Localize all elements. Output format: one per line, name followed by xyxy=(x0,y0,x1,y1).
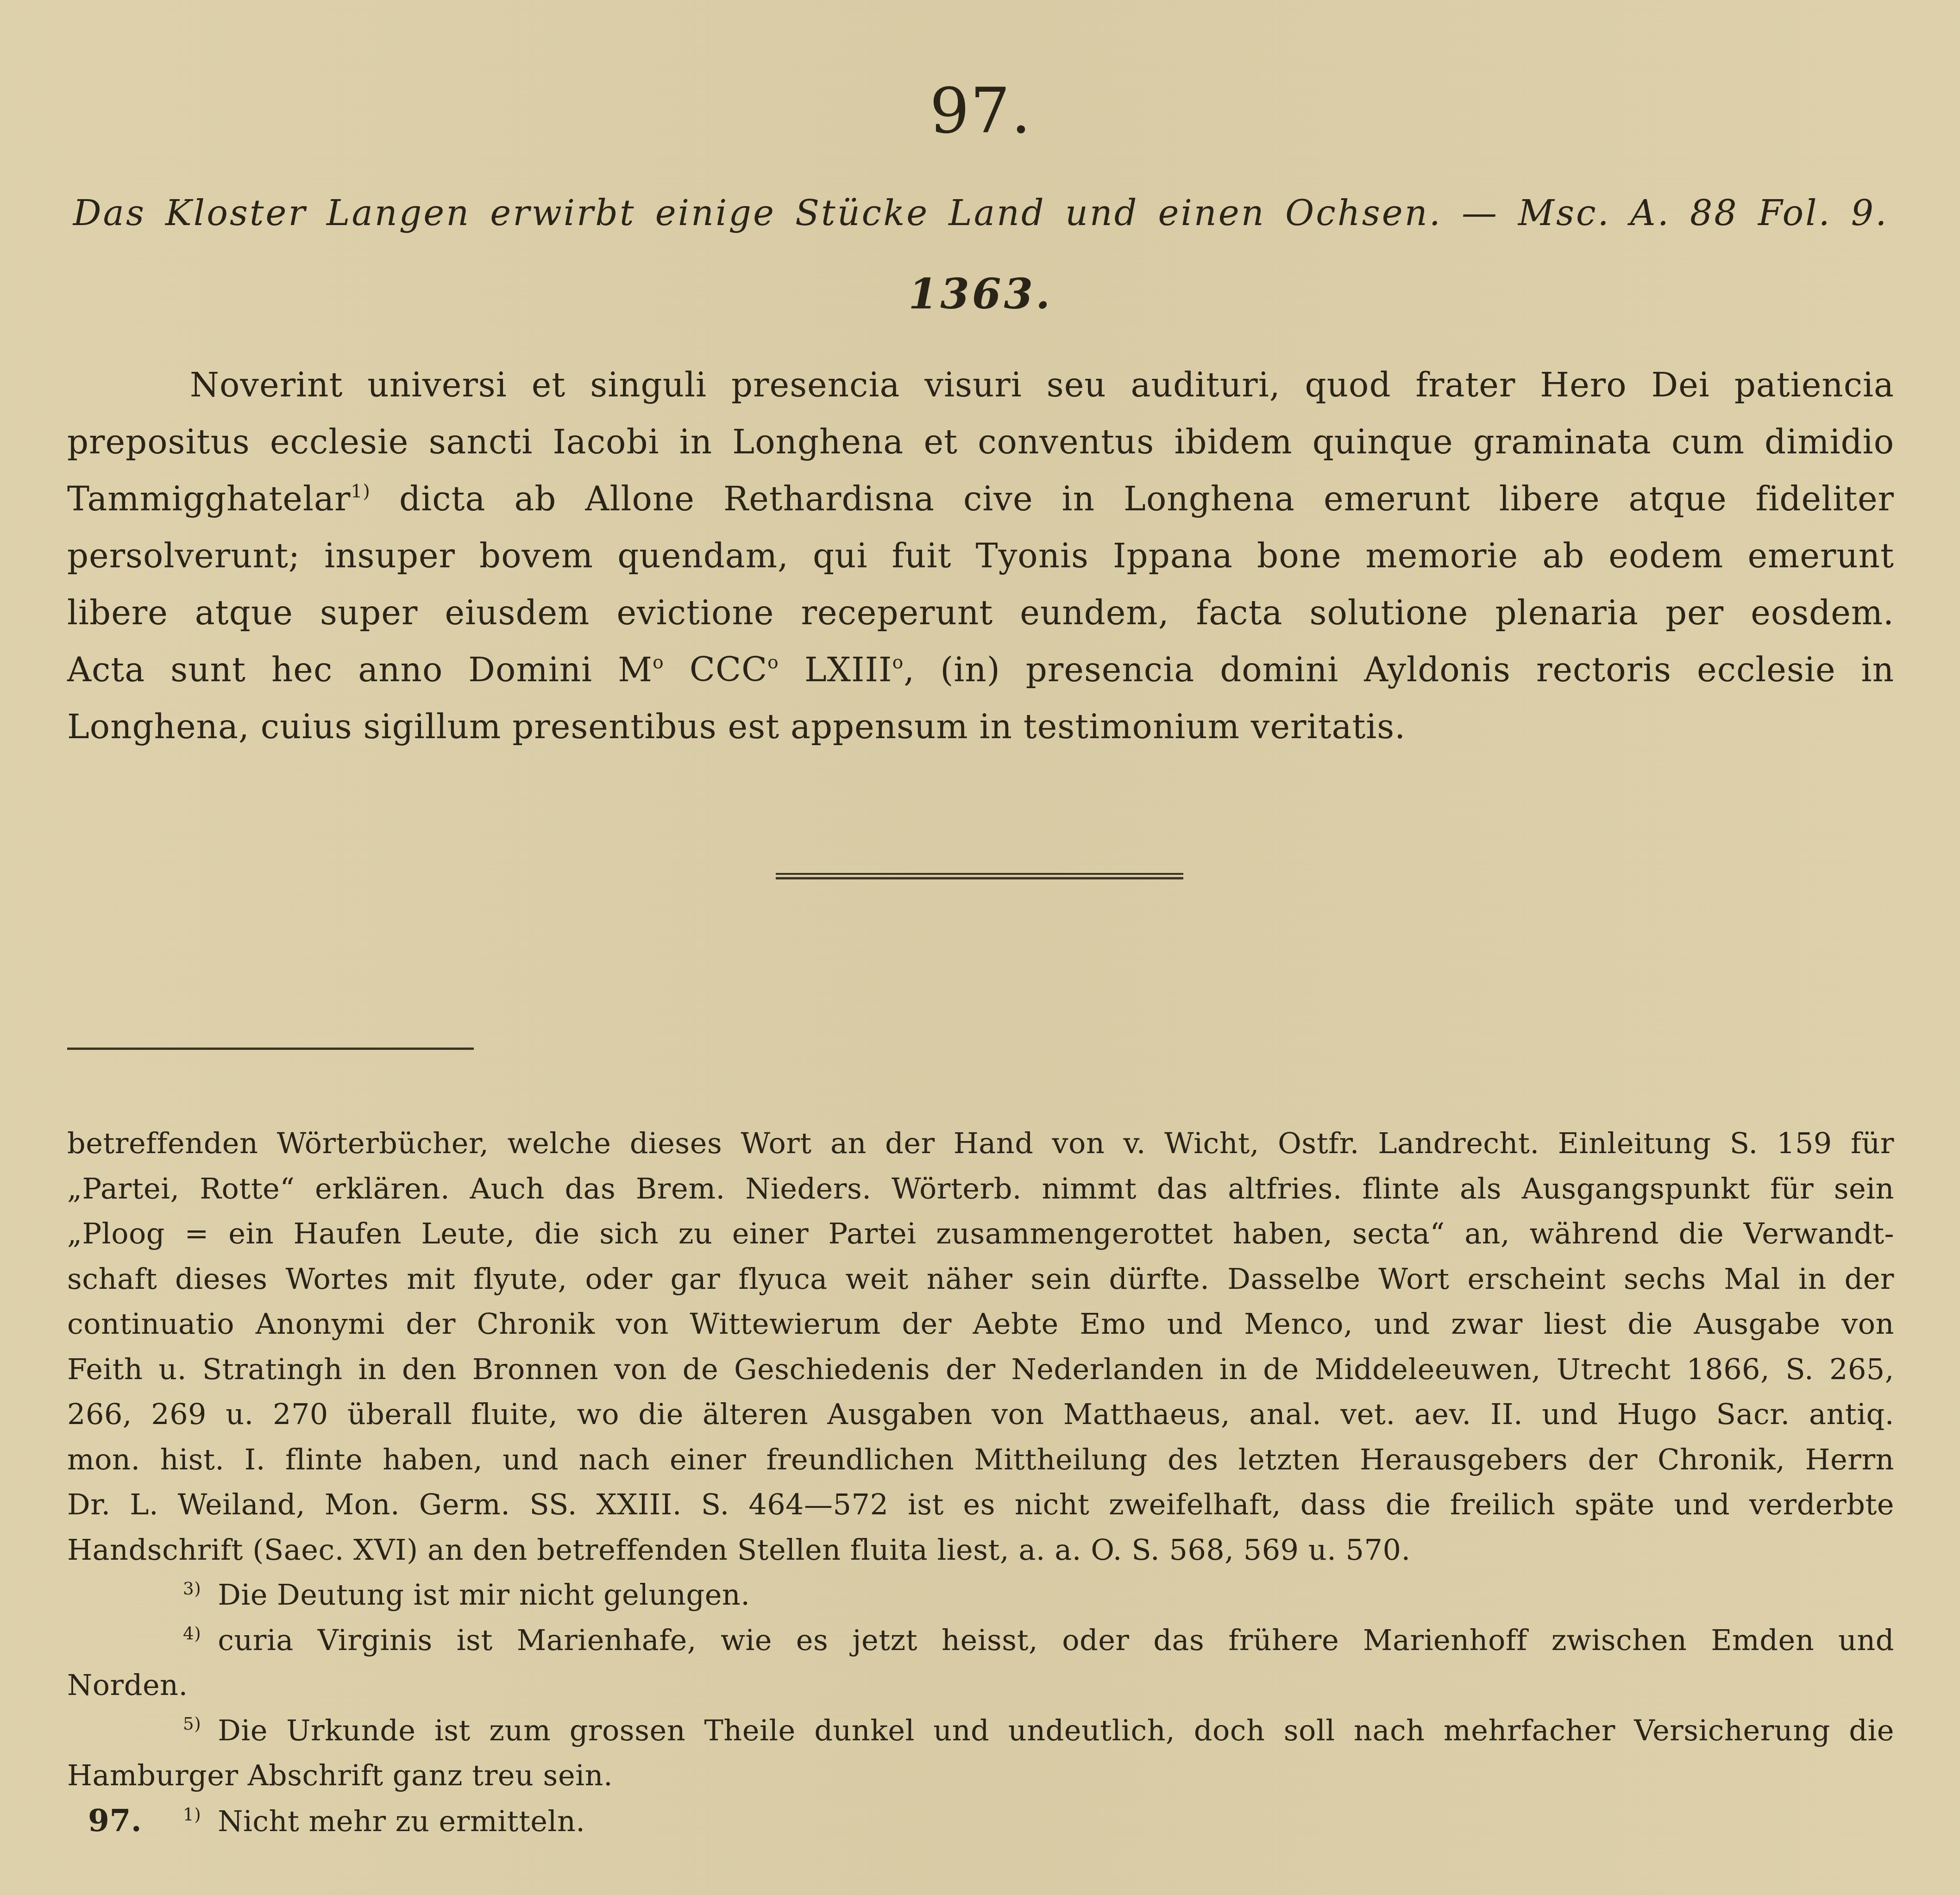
ordinal-mark: o xyxy=(767,652,779,673)
ordinal-mark: o xyxy=(653,652,664,673)
document-body: Noverint universi et singuli presencia v… xyxy=(67,357,1894,755)
body-text-fragment: dicta ab Allone Rethardisna cive in Long… xyxy=(399,479,1894,518)
body-line: Noverint universi et singuli presencia v… xyxy=(67,357,1894,414)
body-word: Tammigghatelar xyxy=(67,479,351,518)
footnote-line: Handschrift (Saec. XVI) an den betreffen… xyxy=(67,1527,1894,1573)
ordinal-mark: o xyxy=(892,652,904,673)
footnote-line: 266, 269 u. 270 überall fluite, wo die ä… xyxy=(67,1392,1894,1437)
footnote-line: „Partei, Rotte“ erklären. Auch das Brem.… xyxy=(67,1166,1894,1211)
footnotes: betreffenden Wörterbücher, welche dieses… xyxy=(67,1121,1894,1843)
footnote-line: schaft dieses Wortes mit flyute, oder ga… xyxy=(67,1256,1894,1302)
footnote-line: Dr. L. Weiland, Mon. Germ. SS. XXIII. S.… xyxy=(67,1482,1894,1527)
footnote-document-number: 97. xyxy=(67,1798,183,1844)
body-text-fragment: Acta sunt hec anno Domini M xyxy=(67,650,653,689)
footnote-line: continuatio Anonymi der Chronik von Witt… xyxy=(67,1301,1894,1347)
body-line: prepositus ecclesie sancti Iacobi in Lon… xyxy=(67,414,1894,471)
footnote-line: betreffenden Wörterbücher, welche dieses… xyxy=(67,1121,1894,1166)
footnote-doc-97: 97.1)Nicht mehr zu ermitteln. xyxy=(67,1798,1894,1844)
footnote-line: „Ploog = ein Haufen Leute, die sich zu e… xyxy=(67,1211,1894,1256)
footnote-text: Die Urkunde ist zum grossen Theile dunke… xyxy=(218,1713,1894,1747)
body-text-fragment: CCC xyxy=(690,650,767,689)
footnote-line: Feith u. Stratingh in den Bronnen von de… xyxy=(67,1347,1894,1392)
body-text-fragment: , (in) presencia domini Ayldonis rectori… xyxy=(904,650,1894,689)
body-line: Acta sunt hec anno Domini Mo CCCo LXIIIo… xyxy=(67,641,1894,698)
footnote-marker: 3) xyxy=(183,1578,201,1599)
body-line: libere atque super eiusdem evictione rec… xyxy=(67,584,1894,641)
section-divider-double-rule xyxy=(776,873,1183,879)
footnote-text: Nicht mehr zu ermitteln. xyxy=(218,1804,585,1838)
footnote-text: Die Deutung ist mir nicht gelungen. xyxy=(218,1578,750,1612)
footnote-line: mon. hist. I. flinte haben, und nach ein… xyxy=(67,1437,1894,1482)
document-year: 1363. xyxy=(67,269,1894,320)
body-line: Longhena, cuius sigillum presentibus est… xyxy=(67,698,1894,755)
footnote-marker: 4) xyxy=(183,1623,201,1644)
document-page: 97. Das Kloster Langen erwirbt einige St… xyxy=(67,0,1894,1895)
document-heading: Das Kloster Langen erwirbt einige Stücke… xyxy=(67,190,1894,236)
footnote-marker: 1) xyxy=(183,1804,201,1825)
body-text-fragment: LXIII xyxy=(804,650,892,689)
body-line: Tammigghatelar1) dicta ab Allone Rethard… xyxy=(67,471,1894,527)
footnote-3: 3)Die Deutung ist mir nicht gelungen. xyxy=(67,1572,1894,1618)
footnote-marker: 5) xyxy=(183,1713,201,1734)
footnote-reference: 1) xyxy=(351,481,371,502)
footnote-4: 4)curia Virginis ist Marienhafe, wie es … xyxy=(67,1618,1894,1663)
document-number: 97. xyxy=(67,76,1894,146)
footnote-line: Hamburger Abschrift ganz treu sein. xyxy=(67,1753,1894,1798)
footnote-separator xyxy=(67,1048,474,1050)
footnote-line: Norden. xyxy=(67,1663,1894,1708)
body-line: persolverunt; insuper bovem quendam, qui… xyxy=(67,527,1894,584)
footnote-5: 5)Die Urkunde ist zum grossen Theile dun… xyxy=(67,1708,1894,1753)
footnote-text: curia Virginis ist Marienhafe, wie es je… xyxy=(218,1623,1894,1657)
